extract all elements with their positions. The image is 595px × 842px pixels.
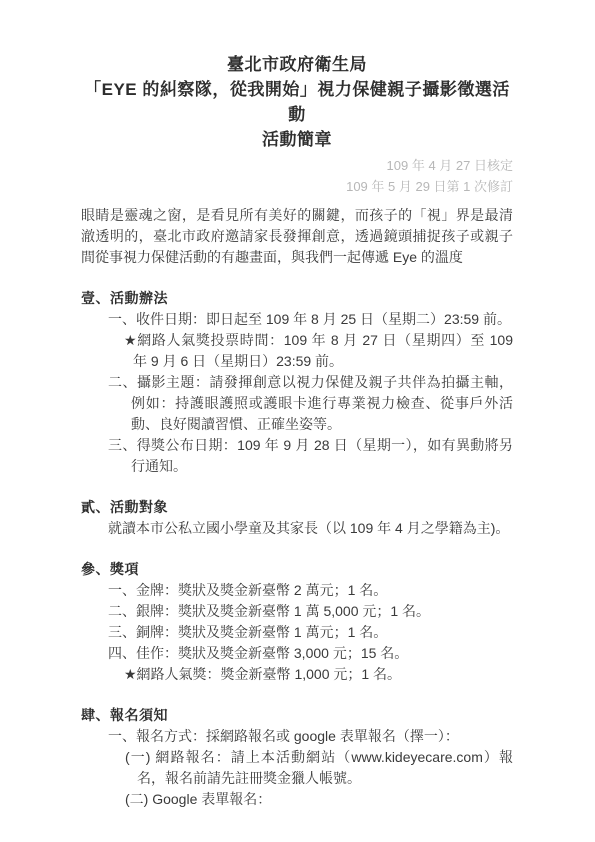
list-item-star: ★網路人氣獎投票時間：109 年 8 月 27 日（星期四）至 109 年 9 … (81, 330, 513, 372)
list-item: 三、得獎公布日期：109 年 9 月 28 日（星期一），如有異動將另行通知。 (81, 435, 513, 477)
section-heading: 肆、報名須知 (81, 705, 513, 726)
list-item: 二、攝影主題：請發揮創意以視力保健及親子共伴為拍攝主軸，例如：持護眼護照或護眼卡… (81, 372, 513, 435)
section-heading: 貳、活動對象 (81, 497, 513, 518)
section-heading: 參、獎項 (81, 559, 513, 580)
approval-date: 109 年 4 月 27 日核定 (81, 155, 513, 176)
list-item: 二、銀牌：獎狀及獎金新臺幣 1 萬 5,000 元；1 名。 (81, 601, 513, 622)
list-item: 一、報名方式：採網路報名或 google 表單報名（擇一）： (81, 726, 513, 747)
section-activity-rules: 壹、活動辦法 一、收件日期：即日起至 109 年 8 月 25 日（星期二）23… (81, 288, 513, 477)
org-name: 臺北市政府衛生局 (81, 52, 513, 77)
section-eligibility: 貳、活動對象 就讀本市公私立國小學童及其家長（以 109 年 4 月之學籍為主)… (81, 497, 513, 539)
list-item: 一、收件日期：即日起至 109 年 8 月 25 日（星期二）23:59 前。 (81, 309, 513, 330)
activity-title: 「EYE 的糾察隊，從我開始」視力保健親子攝影徵選活動 (81, 77, 513, 127)
list-item: 一、金牌：獎狀及獎金新臺幣 2 萬元；1 名。 (81, 580, 513, 601)
revision-date: 109 年 5 月 29 日第 1 次修訂 (81, 176, 513, 197)
section-heading: 壹、活動辦法 (81, 288, 513, 309)
list-item: 四、佳作：獎狀及獎金新臺幣 3,000 元；15 名。 (81, 643, 513, 664)
list-item-star: ★網路人氣獎：獎金新臺幣 1,000 元；1 名。 (81, 664, 513, 685)
list-item-sub: (二) Google 表單報名： (81, 789, 513, 810)
section-registration: 肆、報名須知 一、報名方式：採網路報名或 google 表單報名（擇一）： (一… (81, 705, 513, 810)
document-page: 臺北市政府衛生局 「EYE 的糾察隊，從我開始」視力保健親子攝影徵選活動 活動簡… (0, 0, 595, 842)
doc-subtitle: 活動簡章 (81, 127, 513, 152)
revision-block: 109 年 4 月 27 日核定 109 年 5 月 29 日第 1 次修訂 (81, 155, 513, 197)
document-header: 臺北市政府衛生局 「EYE 的糾察隊，從我開始」視力保健親子攝影徵選活動 活動簡… (81, 52, 513, 152)
list-item: 三、銅牌：獎狀及獎金新臺幣 1 萬元；1 名。 (81, 622, 513, 643)
section-prizes: 參、獎項 一、金牌：獎狀及獎金新臺幣 2 萬元；1 名。 二、銀牌：獎狀及獎金新… (81, 559, 513, 685)
intro-paragraph: 眼睛是靈魂之窗，是看見所有美好的關鍵，而孩子的「視」界是最清澈透明的，臺北市政府… (81, 205, 513, 268)
list-item: 就讀本市公私立國小學童及其家長（以 109 年 4 月之學籍為主)。 (81, 518, 513, 539)
list-item-sub: (一) 網路報名：請上本活動網站（www.kideyecare.com）報名，報… (81, 747, 513, 789)
